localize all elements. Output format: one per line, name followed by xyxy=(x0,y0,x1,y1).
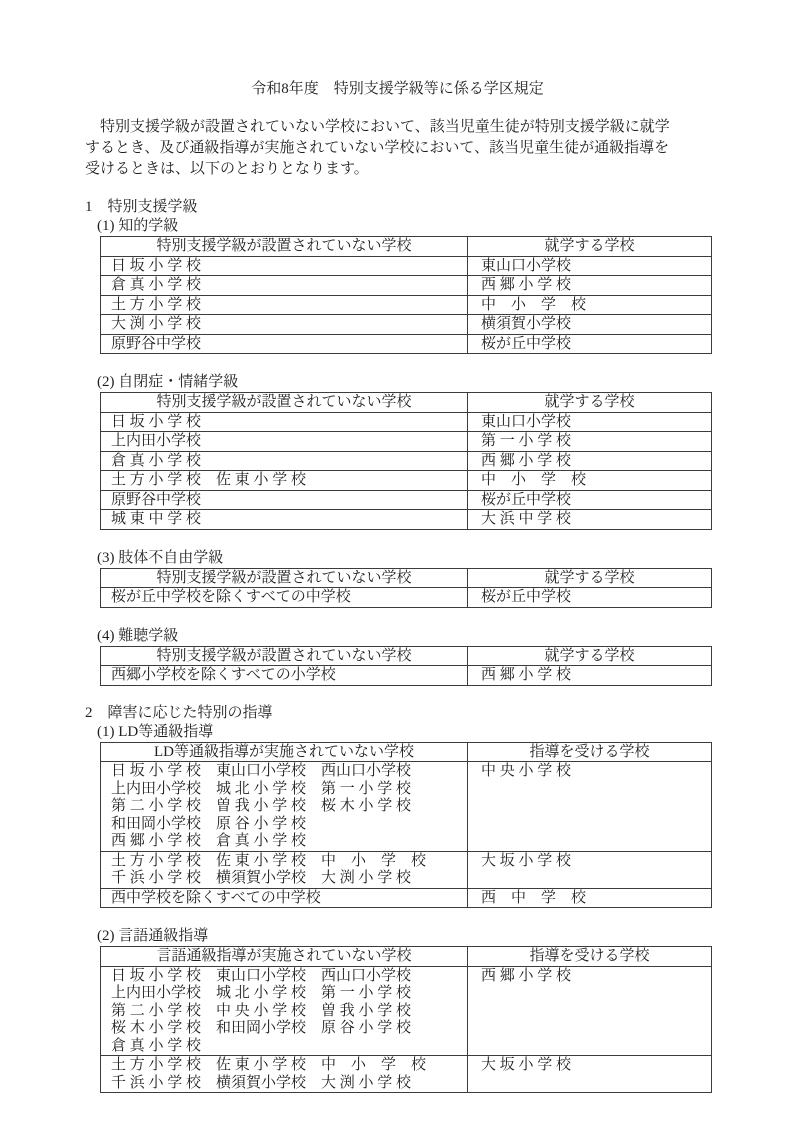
cell-school-receive: 大 坂 小 学 校 xyxy=(468,851,712,888)
table-row: 土 方 小 学 校 佐 東 小 学 校 中 小 学 校 千 浜 小 学 校 横須… xyxy=(101,851,712,888)
cell-school-receive: 西 中 学 校 xyxy=(468,888,712,908)
table-row: 日 坂 小 学 校 東山口小学校 xyxy=(101,412,712,432)
col-header-school-receive: 指導を受ける学校 xyxy=(468,742,712,762)
table-row: 上内田小学校 第 一 小 学 校 xyxy=(101,432,712,452)
document-title: 令和8年度 特別支援学級等に係る学区規定 xyxy=(85,80,710,99)
table-row: 原野谷中学校 桜が丘中学校 xyxy=(101,490,712,510)
cell-school-without: 西郷小学校を除くすべての小学校 xyxy=(101,666,468,686)
cell-school-attend: 中 小 学 校 xyxy=(468,295,712,315)
col-header-school-without: 特別支援学級が設置されていない学校 xyxy=(101,646,468,666)
subsection-1-3-label: (3) 肢体不自由学級 xyxy=(85,549,710,568)
table-hearing: 特別支援学級が設置されていない学校 就学する学校 西郷小学校を除くすべての小学校… xyxy=(100,646,712,686)
col-header-school-without: 特別支援学級が設置されていない学校 xyxy=(101,237,468,257)
document-page: 令和8年度 特別支援学級等に係る学区規定 特別支援学級が設置されていない学校にお… xyxy=(0,0,794,1123)
table-header-row: 特別支援学級が設置されていない学校 就学する学校 xyxy=(101,568,712,588)
table-row: 桜が丘中学校を除くすべての中学校 桜が丘中学校 xyxy=(101,588,712,608)
table-row: 大 渕 小 学 校 横須賀小学校 xyxy=(101,315,712,335)
table-row: 原野谷中学校 桜が丘中学校 xyxy=(101,334,712,354)
table-row: 倉 真 小 学 校 西 郷 小 学 校 xyxy=(101,276,712,296)
cell-school-without: 日 坂 小 学 校 東山口小学校 西山口小学校 上内田小学校 城 北 小 学 校… xyxy=(101,966,468,1056)
cell-school-attend: 東山口小学校 xyxy=(468,412,712,432)
subsection-intellectual: (1) 知的学級 特別支援学級が設置されていない学校 就学する学校 日 坂 小 … xyxy=(85,217,710,354)
cell-school-attend: 桜が丘中学校 xyxy=(468,490,712,510)
col-header-school-receive: 指導を受ける学校 xyxy=(468,947,712,967)
subsection-1-4-label: (4) 難聴学級 xyxy=(85,627,710,646)
col-header-school-without: 特別支援学級が設置されていない学校 xyxy=(101,393,468,413)
table-header-row: 特別支援学級が設置されていない学校 就学する学校 xyxy=(101,237,712,257)
cell-school-without: 原野谷中学校 xyxy=(101,490,468,510)
cell-school-without: 土 方 小 学 校 佐 東 小 学 校 中 小 学 校 千 浜 小 学 校 横須… xyxy=(101,1056,468,1093)
cell-school-attend: 東山口小学校 xyxy=(468,256,712,276)
subsection-1-2-label: (2) 自閉症・情緒学級 xyxy=(85,373,710,392)
cell-school-without: 西中学校を除くすべての中学校 xyxy=(101,888,468,908)
subsection-language-tsukyu: (2) 言語通級指導 言語通級指導が実施されていない学校 指導を受ける学校 日 … xyxy=(85,927,710,1093)
cell-school-receive: 中 央 小 学 校 xyxy=(468,762,712,852)
cell-school-without: 桜が丘中学校を除くすべての中学校 xyxy=(101,588,468,608)
table-row: 日 坂 小 学 校 東山口小学校 xyxy=(101,256,712,276)
cell-school-attend: 西 郷 小 学 校 xyxy=(468,666,712,686)
cell-school-without: 上内田小学校 xyxy=(101,432,468,452)
cell-school-without: 土 方 小 学 校 xyxy=(101,295,468,315)
table-row: 倉 真 小 学 校 西 郷 小 学 校 xyxy=(101,451,712,471)
table-row: 城 東 中 学 校 大 浜 中 学 校 xyxy=(101,510,712,530)
cell-school-without: 日 坂 小 学 校 東山口小学校 西山口小学校 上内田小学校 城 北 小 学 校… xyxy=(101,762,468,852)
section-2-heading: 2 障害に応じた特別の指導 xyxy=(85,704,710,723)
table-row: 土 方 小 学 校 佐 東 小 学 校 中 小 学 校 xyxy=(101,471,712,491)
cell-school-attend: 桜が丘中学校 xyxy=(468,334,712,354)
cell-school-without: 土 方 小 学 校 佐 東 小 学 校 中 小 学 校 千 浜 小 学 校 横須… xyxy=(101,851,468,888)
subsection-1-1-label: (1) 知的学級 xyxy=(85,217,710,236)
cell-school-attend: 第 一 小 学 校 xyxy=(468,432,712,452)
col-header-school-without: LD等通級指導が実施されていない学校 xyxy=(101,742,468,762)
cell-school-attend: 横須賀小学校 xyxy=(468,315,712,335)
cell-school-without: 大 渕 小 学 校 xyxy=(101,315,468,335)
cell-school-receive: 西 郷 小 学 校 xyxy=(468,966,712,1056)
cell-school-without: 城 東 中 学 校 xyxy=(101,510,468,530)
cell-school-attend: 中 小 学 校 xyxy=(468,471,712,491)
section-1-heading: 1 特別支援学級 xyxy=(85,198,710,217)
table-row: 土 方 小 学 校 中 小 学 校 xyxy=(101,295,712,315)
cell-school-without: 倉 真 小 学 校 xyxy=(101,276,468,296)
cell-school-attend: 西 郷 小 学 校 xyxy=(468,451,712,471)
subsection-2-2-label: (2) 言語通級指導 xyxy=(85,927,710,946)
table-header-row: LD等通級指導が実施されていない学校 指導を受ける学校 xyxy=(101,742,712,762)
col-header-school-without: 特別支援学級が設置されていない学校 xyxy=(101,568,468,588)
subsection-hearing: (4) 難聴学級 特別支援学級が設置されていない学校 就学する学校 西郷小学校を… xyxy=(85,627,710,686)
cell-school-attend: 桜が丘中学校 xyxy=(468,588,712,608)
table-ld-tsukyu: LD等通級指導が実施されていない学校 指導を受ける学校 日 坂 小 学 校 東山… xyxy=(100,742,712,909)
cell-school-attend: 大 浜 中 学 校 xyxy=(468,510,712,530)
col-header-school-without: 言語通級指導が実施されていない学校 xyxy=(101,947,468,967)
table-row: 西郷小学校を除くすべての小学校 西 郷 小 学 校 xyxy=(101,666,712,686)
table-language-tsukyu: 言語通級指導が実施されていない学校 指導を受ける学校 日 坂 小 学 校 東山口… xyxy=(100,946,712,1093)
col-header-school-attend: 就学する学校 xyxy=(468,646,712,666)
section-special-support-classes: 1 特別支援学級 (1) 知的学級 特別支援学級が設置されていない学校 就学する… xyxy=(85,198,710,686)
table-intellectual: 特別支援学級が設置されていない学校 就学する学校 日 坂 小 学 校 東山口小学… xyxy=(100,236,712,354)
cell-school-without: 日 坂 小 学 校 xyxy=(101,412,468,432)
table-row: 土 方 小 学 校 佐 東 小 学 校 中 小 学 校 千 浜 小 学 校 横須… xyxy=(101,1056,712,1093)
cell-school-without: 日 坂 小 学 校 xyxy=(101,256,468,276)
cell-school-receive: 大 坂 小 学 校 xyxy=(468,1056,712,1093)
table-header-row: 特別支援学級が設置されていない学校 就学する学校 xyxy=(101,393,712,413)
cell-school-attend: 西 郷 小 学 校 xyxy=(468,276,712,296)
table-physical: 特別支援学級が設置されていない学校 就学する学校 桜が丘中学校を除くすべての中学… xyxy=(100,568,712,608)
table-row: 日 坂 小 学 校 東山口小学校 西山口小学校 上内田小学校 城 北 小 学 校… xyxy=(101,762,712,852)
subsection-autism-emotional: (2) 自閉症・情緒学級 特別支援学級が設置されていない学校 就学する学校 日 … xyxy=(85,373,710,530)
subsection-ld-tsukyu: (1) LD等通級指導 LD等通級指導が実施されていない学校 指導を受ける学校 … xyxy=(85,723,710,909)
table-autism-emotional: 特別支援学級が設置されていない学校 就学する学校 日 坂 小 学 校 東山口小学… xyxy=(100,392,712,530)
table-row: 西中学校を除くすべての中学校 西 中 学 校 xyxy=(101,888,712,908)
table-row: 日 坂 小 学 校 東山口小学校 西山口小学校 上内田小学校 城 北 小 学 校… xyxy=(101,966,712,1056)
subsection-2-1-label: (1) LD等通級指導 xyxy=(85,723,710,742)
intro-paragraph: 特別支援学級が設置されていない学校において、該当児童生徒が特別支援学級に就学 す… xyxy=(85,117,710,180)
section-special-instruction: 2 障害に応じた特別の指導 (1) LD等通級指導 LD等通級指導が実施されてい… xyxy=(85,704,710,1094)
table-header-row: 言語通級指導が実施されていない学校 指導を受ける学校 xyxy=(101,947,712,967)
col-header-school-attend: 就学する学校 xyxy=(468,393,712,413)
col-header-school-attend: 就学する学校 xyxy=(468,568,712,588)
table-header-row: 特別支援学級が設置されていない学校 就学する学校 xyxy=(101,646,712,666)
col-header-school-attend: 就学する学校 xyxy=(468,237,712,257)
cell-school-without: 原野谷中学校 xyxy=(101,334,468,354)
subsection-physical: (3) 肢体不自由学級 特別支援学級が設置されていない学校 就学する学校 桜が丘… xyxy=(85,549,710,608)
cell-school-without: 土 方 小 学 校 佐 東 小 学 校 xyxy=(101,471,468,491)
cell-school-without: 倉 真 小 学 校 xyxy=(101,451,468,471)
